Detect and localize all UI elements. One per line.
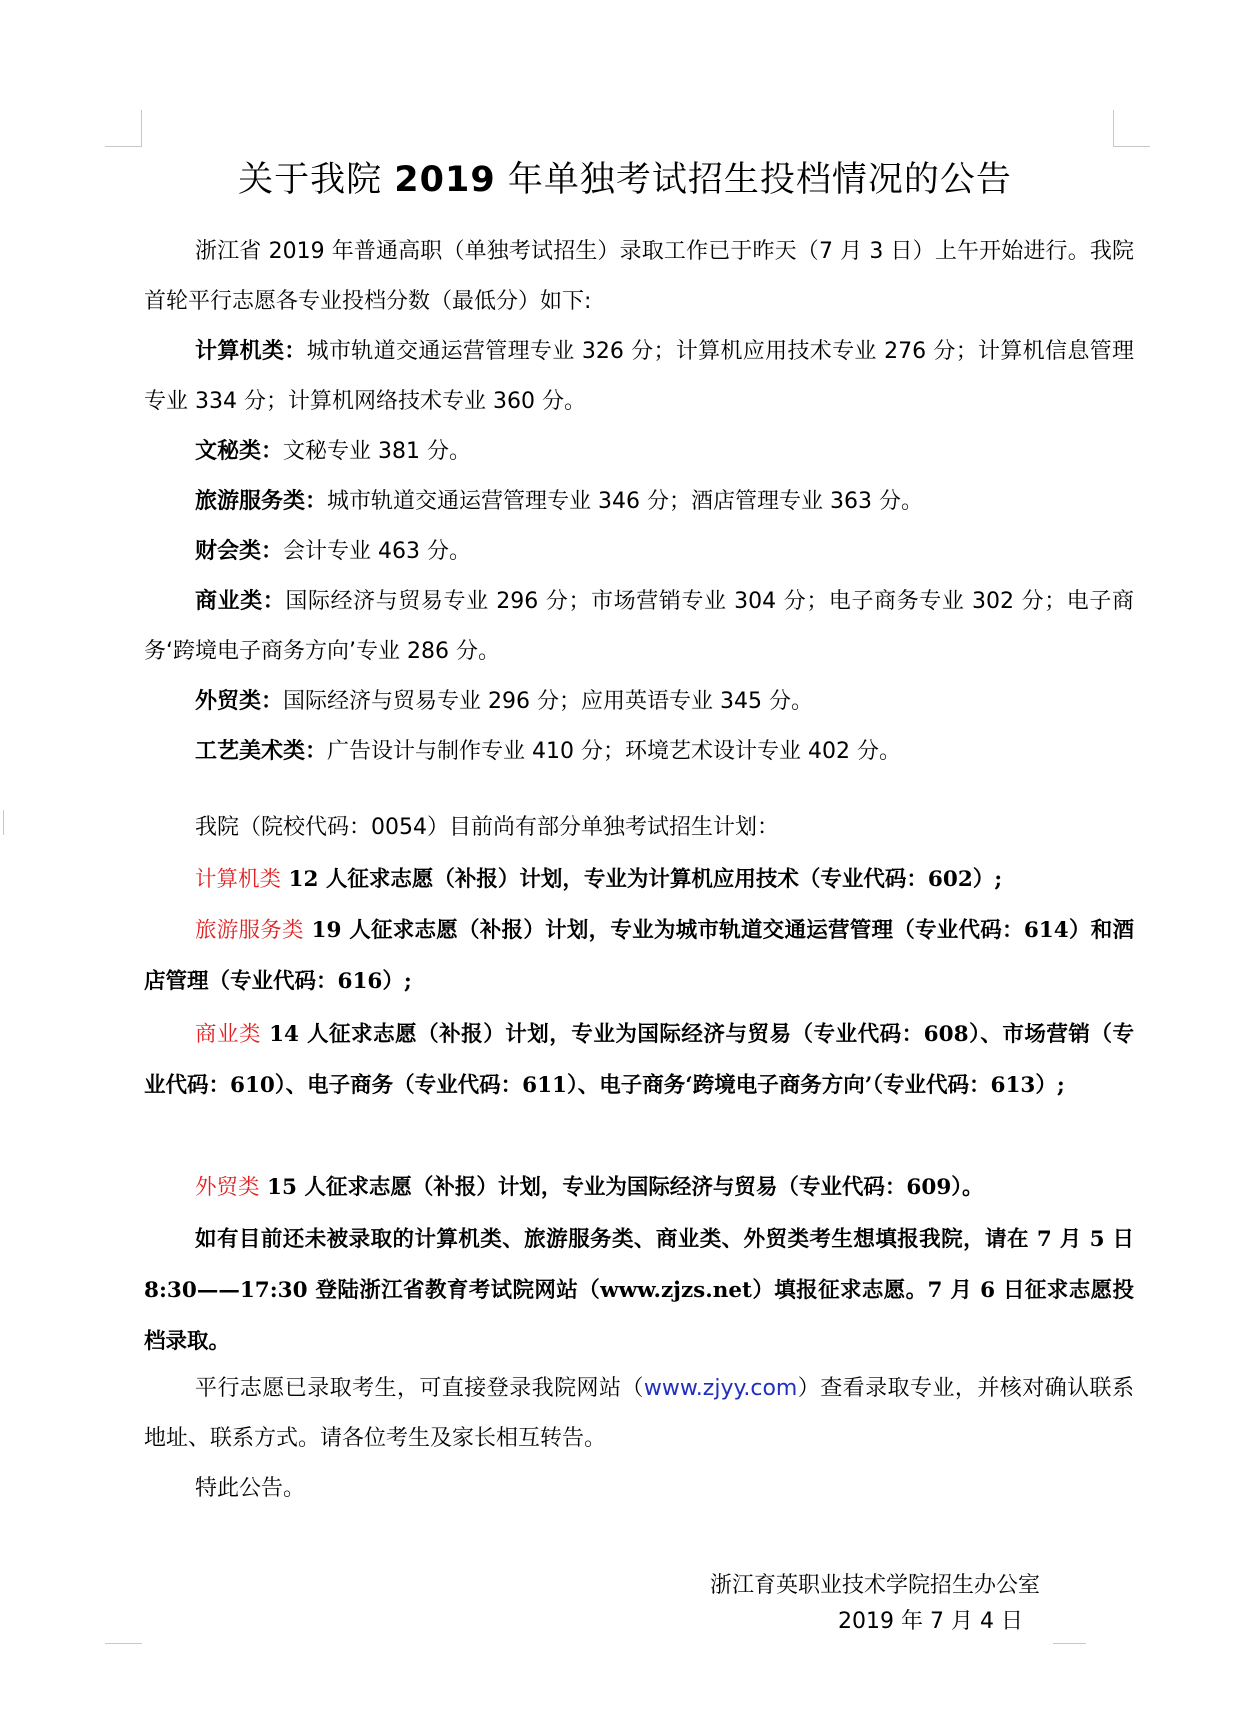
plan-text: 15 人征求志愿（补报）计划，专业为国际经济与贸易（专业代码：609）。 xyxy=(260,1175,984,1200)
closing-text: 特此公告。 xyxy=(144,1464,1134,1514)
crop-mark-top-right xyxy=(1113,146,1150,147)
crop-mark-top-right xyxy=(1113,110,1114,146)
score-text: 文秘专业 381 分。 xyxy=(283,439,471,464)
score-secretary: 文秘类：文秘专业 381 分。 xyxy=(144,427,1134,477)
plan-foreign-trade: 外贸类 15 人征求志愿（补报）计划，专业为国际经济与贸易（专业代码：609）。 xyxy=(144,1162,1134,1213)
check-paragraph: 平行志愿已录取考生，可直接登录我院网站（www.zjyy.com）查看录取专业，… xyxy=(144,1364,1134,1464)
website-link[interactable]: www.zjyy.com xyxy=(644,1376,798,1401)
score-text: 会计专业 463 分。 xyxy=(283,539,471,564)
title-year: 2019 xyxy=(394,160,495,200)
score-text: 国际经济与贸易专业 296 分；应用英语专业 345 分。 xyxy=(283,689,813,714)
signature-organization: 浙江育英职业技术学院招生办公室 xyxy=(710,1568,1040,1599)
score-business: 商业类：国际经济与贸易专业 296 分；市场营销专业 304 分；电子商务专业 … xyxy=(144,577,1134,677)
score-text: 国际经济与贸易专业 296 分；市场营销专业 304 分；电子商务专业 302 … xyxy=(144,589,1134,664)
plan-category-highlight: 旅游服务类 xyxy=(195,918,304,943)
crop-mark-bottom-left xyxy=(105,1643,142,1644)
document-page: 关于我院 2019 年单独考试招生投档情况的公告 浙江省 2019 年普通高职（… xyxy=(0,0,1250,1717)
page-title: 关于我院 2019 年单独考试招生投档情况的公告 xyxy=(0,152,1250,202)
score-text: 城市轨道交通运营管理专业 346 分；酒店管理专业 363 分。 xyxy=(327,489,923,514)
notice-paragraph: 如有目前还未被录取的计算机类、旅游服务类、商业类、外贸类考生想填报我院，请在 7… xyxy=(144,1214,1134,1367)
check-text-before: 平行志愿已录取考生，可直接登录我院网站（ xyxy=(195,1376,644,1401)
score-computer: 计算机类：城市轨道交通运营管理专业 326 分；计算机应用技术专业 276 分；… xyxy=(144,327,1134,427)
plan-category-highlight: 计算机类 xyxy=(195,867,281,892)
category-label: 财会类： xyxy=(195,539,283,564)
category-label: 计算机类： xyxy=(195,339,307,364)
plan-category-highlight: 外贸类 xyxy=(195,1175,260,1200)
score-accounting: 财会类：会计专业 463 分。 xyxy=(144,527,1134,577)
score-tourism: 旅游服务类：城市轨道交通运营管理专业 346 分；酒店管理专业 363 分。 xyxy=(144,477,1134,527)
score-foreign-trade: 外贸类：国际经济与贸易专业 296 分；应用英语专业 345 分。 xyxy=(144,677,1134,727)
category-label: 商业类： xyxy=(195,589,285,614)
crop-mark-left-mid xyxy=(3,810,4,835)
signature-date: 2019 年 7 月 4 日 xyxy=(838,1604,1023,1635)
category-label: 工艺美术类： xyxy=(195,739,327,764)
plan-text: 14 人征求志愿（补报）计划，专业为国际经济与贸易（专业代码：608）、市场营销… xyxy=(144,1022,1134,1098)
plan-computer: 计算机类 12 人征求志愿（补报）计划，专业为计算机应用技术（专业代码：602）… xyxy=(144,854,1134,905)
plan-tourism: 旅游服务类 19 人征求志愿（补报）计划，专业为城市轨道交通运营管理（专业代码：… xyxy=(144,905,1134,1007)
score-text: 广告设计与制作专业 410 分；环境艺术设计专业 402 分。 xyxy=(327,739,901,764)
intro-paragraph: 浙江省 2019 年普通高职（单独考试招生）录取工作已于昨天（7 月 3 日）上… xyxy=(144,227,1134,327)
plan-business: 商业类 14 人征求志愿（补报）计划，专业为国际经济与贸易（专业代码：608）、… xyxy=(144,1009,1134,1111)
category-label: 外贸类： xyxy=(195,689,283,714)
category-label: 旅游服务类： xyxy=(195,489,327,514)
title-suffix: 年单独考试招生投档情况的公告 xyxy=(508,160,1012,200)
category-label: 文秘类： xyxy=(195,439,283,464)
crop-mark-top-left xyxy=(141,110,142,146)
score-arts: 工艺美术类：广告设计与制作专业 410 分；环境艺术设计专业 402 分。 xyxy=(144,727,1134,777)
plan-category-highlight: 商业类 xyxy=(195,1022,261,1047)
crop-mark-bottom-right xyxy=(1053,1643,1086,1644)
plan-text: 12 人征求志愿（补报）计划，专业为计算机应用技术（专业代码：602）; xyxy=(281,867,1002,892)
remaining-plan-intro: 我院（院校代码：0054）目前尚有部分单独考试招生计划： xyxy=(144,803,1134,853)
title-prefix: 关于我院 xyxy=(238,160,382,200)
crop-mark-top-left xyxy=(105,146,142,147)
